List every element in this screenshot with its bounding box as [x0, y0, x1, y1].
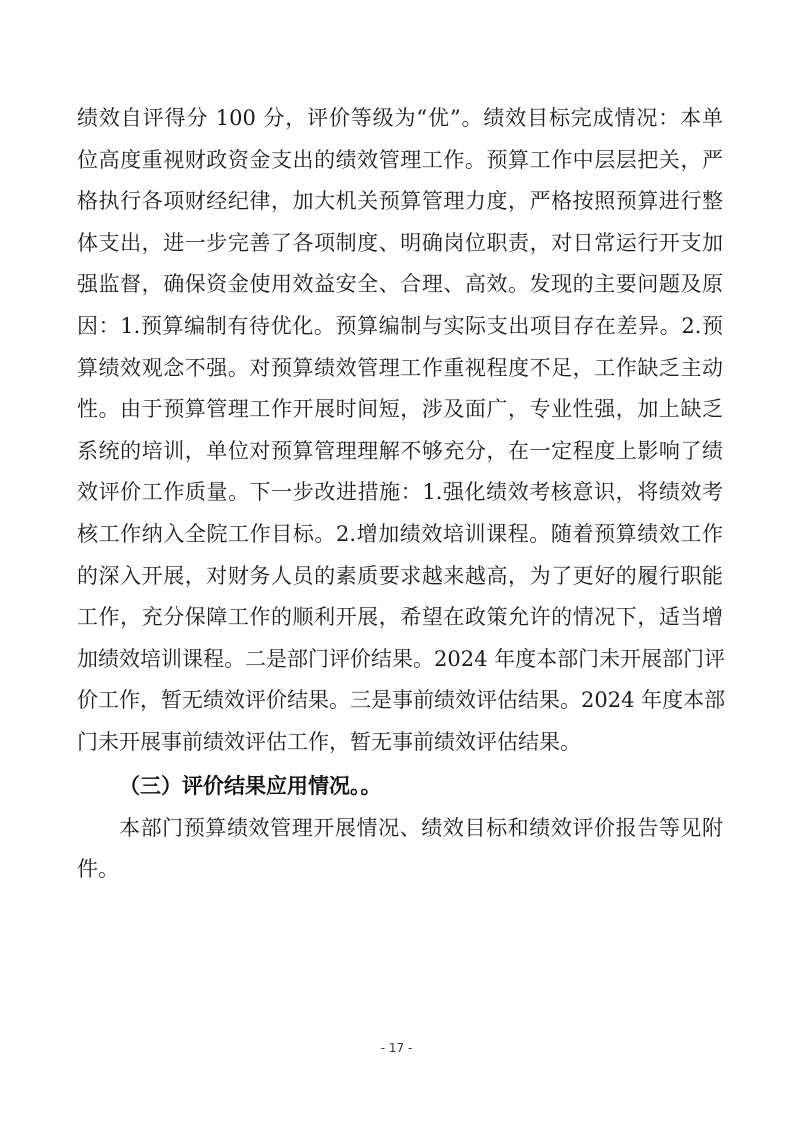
- paragraph-1-line-3: 格执行各项财经纪律，加大机关预算管理力度，严格按照预算进行整: [77, 181, 723, 223]
- section-heading: （三）评价结果应用情况。。: [77, 764, 723, 808]
- paragraph-1-line-11: 核工作纳入全院工作目标。2.增加绩效培训课程。随着预算绩效工作: [77, 514, 723, 556]
- document-page: 绩效自评得分 100 分，评价等级为“优”。绩效目标完成情况：本单 位高度重视财…: [0, 0, 793, 1122]
- document-body: 绩效自评得分 100 分，评价等级为“优”。绩效目标完成情况：本单 位高度重视财…: [77, 98, 723, 891]
- paragraph-1-line-16: 门未开展事前绩效评估工作，暂无事前绩效评估结果。: [77, 722, 723, 764]
- paragraph-1-line-1: 绩效自评得分 100 分，评价等级为“优”。绩效目标完成情况：本单: [77, 98, 723, 140]
- paragraph-1-line-14: 加绩效培训课程。二是部门评价结果。2024 年度本部门未开展部门评: [77, 639, 723, 681]
- paragraph-1-line-4: 体支出，进一步完善了各项制度、明确岗位职责，对日常运行开支加: [77, 223, 723, 265]
- paragraph-1-line-10: 效评价工作质量。下一步改进措施：1.强化绩效考核意识，将绩效考: [77, 472, 723, 514]
- paragraph-1-line-12: 的深入开展，对财务人员的素质要求越来越高，为了更好的履行职能: [77, 556, 723, 598]
- paragraph-1-line-8: 性。由于预算管理工作开展时间短，涉及面广，专业性强，加上缺乏: [77, 389, 723, 431]
- paragraph-1-line-7: 算绩效观念不强。对预算绩效管理工作重视程度不足，工作缺乏主动: [77, 348, 723, 390]
- paragraph-2-line-1: 本部门预算绩效管理开展情况、绩效目标和绩效评价报告等见附: [77, 808, 723, 850]
- page-number: - 17 -: [0, 1041, 793, 1055]
- paragraph-1-line-2: 位高度重视财政资金支出的绩效管理工作。预算工作中层层把关，严: [77, 140, 723, 182]
- paragraph-1-line-13: 工作，充分保障工作的顺利开展，希望在政策允许的情况下，适当增: [77, 597, 723, 639]
- paragraph-1-line-5: 强监督，确保资金使用效益安全、合理、高效。发现的主要问题及原: [77, 264, 723, 306]
- paragraph-1-line-9: 系统的培训，单位对预算管理理解不够充分，在一定程度上影响了绩: [77, 431, 723, 473]
- paragraph-2-line-2: 件。: [77, 849, 723, 891]
- paragraph-1-line-15: 价工作，暂无绩效评价结果。三是事前绩效评估结果。2024 年度本部: [77, 680, 723, 722]
- paragraph-1-line-6: 因：1.预算编制有待优化。预算编制与实际支出项目存在差异。2.预: [77, 306, 723, 348]
